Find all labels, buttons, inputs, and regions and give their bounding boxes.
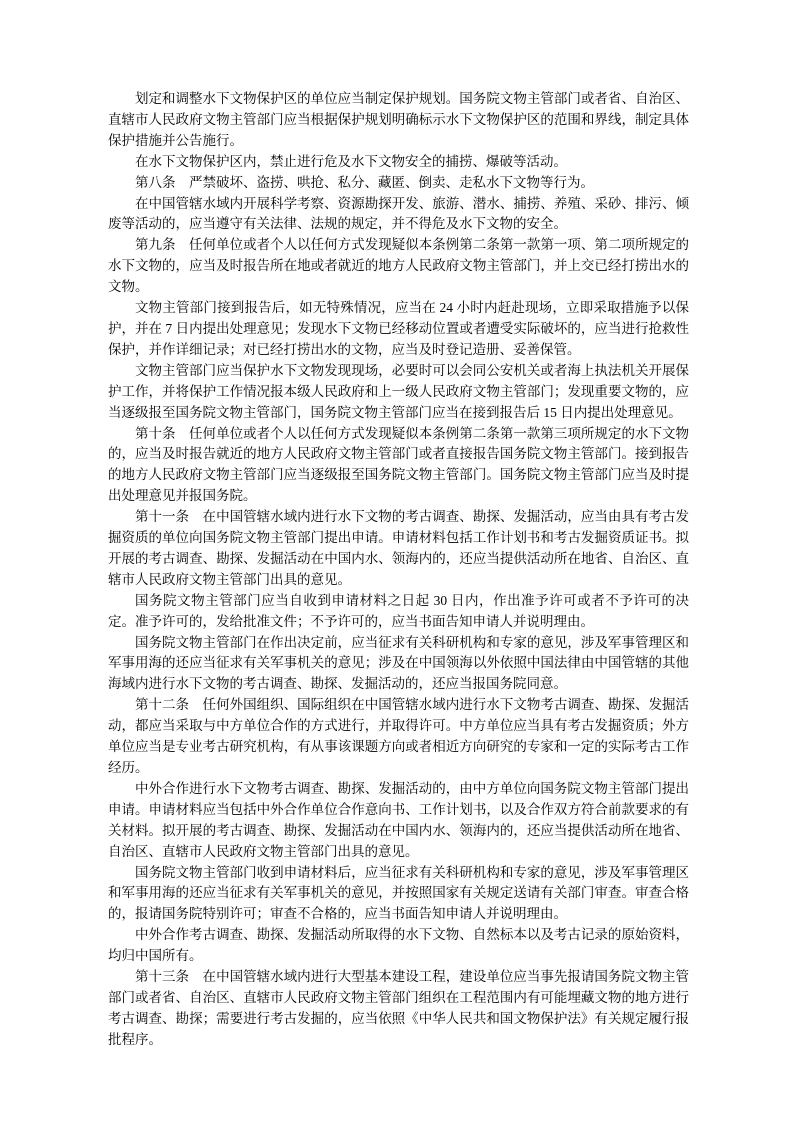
- document-paragraph: 文物主管部门接到报告后，如无特殊情况，应当在 24 小时内赶赴现场，立即采取措施…: [108, 298, 689, 361]
- document-paragraph: 国务院文物主管部门收到申请材料后，应当征求有关科研机构和专家的意见，涉及军事管理…: [108, 863, 689, 926]
- document-paragraph: 中外合作考古调查、勘探、发掘活动所取得的水下文物、自然标本以及考古记录的原始资料…: [108, 925, 689, 967]
- document-paragraph: 第九条 任何单位或者个人以任何方式发现疑似本条例第二条第一款第一项、第二项所规定…: [108, 235, 689, 298]
- document-paragraph: 第八条 严禁破坏、盗捞、哄抢、私分、藏匿、倒卖、走私水下文物等行为。: [108, 173, 689, 194]
- document-paragraph: 第十三条 在中国管辖水域内进行大型基本建设工程，建设单位应当事先报请国务院文物主…: [108, 967, 689, 1051]
- document-page: 划定和调整水下文物保护区的单位应当制定保护规划。国务院文物主管部门或者省、自治区…: [0, 0, 793, 1122]
- document-paragraph: 第十二条 任何外国组织、国际组织在中国管辖水域内进行水下文物考古调查、勘探、发掘…: [108, 695, 689, 779]
- document-paragraph: 划定和调整水下文物保护区的单位应当制定保护规划。国务院文物主管部门或者省、自治区…: [108, 89, 689, 152]
- document-paragraph: 文物主管部门应当保护水下文物发现现场，必要时可以会同公安机关或者海上执法机关开展…: [108, 361, 689, 424]
- document-paragraph: 第十条 任何单位或者个人以任何方式发现疑似本条例第二条第一款第三项所规定的水下文…: [108, 424, 689, 508]
- document-paragraph: 国务院文物主管部门应当自收到申请材料之日起 30 日内，作出准予许可或者不予许可…: [108, 591, 689, 633]
- document-paragraph: 第十一条 在中国管辖水域内进行水下文物的考古调查、勘探、发掘活动，应当由具有考古…: [108, 507, 689, 591]
- document-paragraph: 中外合作进行水下文物考古调查、勘探、发掘活动的，由中方单位向国务院文物主管部门提…: [108, 779, 689, 863]
- document-paragraph: 在水下文物保护区内，禁止进行危及水下文物安全的捕捞、爆破等活动。: [108, 152, 689, 173]
- document-paragraph: 在中国管辖水域内开展科学考察、资源勘探开发、旅游、潜水、捕捞、养殖、采砂、排污、…: [108, 194, 689, 236]
- document-paragraph: 国务院文物主管部门在作出决定前，应当征求有关科研机构和专家的意见，涉及军事管理区…: [108, 633, 689, 696]
